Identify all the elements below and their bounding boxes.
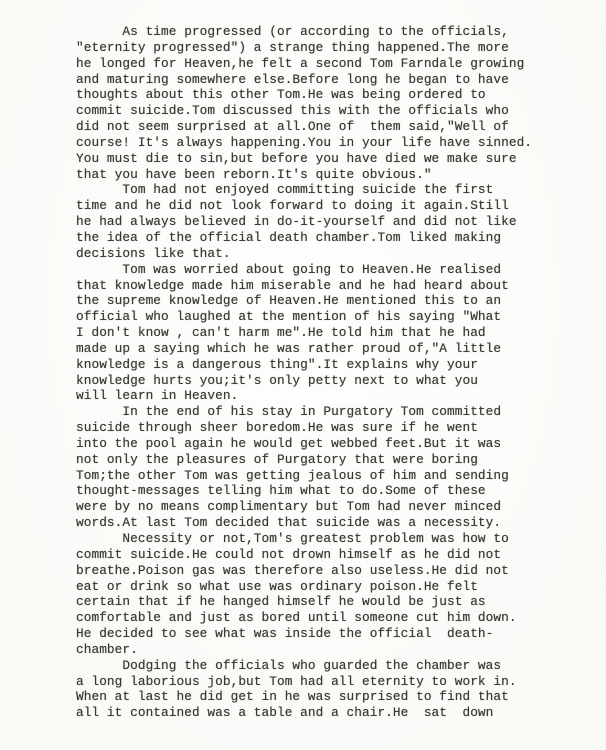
text-line: You must die to sin,but before you have … [76,151,546,167]
text-line: course! It's always happening.You in you… [76,135,546,151]
text-line: suicide through sheer boredom.He was sur… [76,420,546,436]
text-line: He decided to see what was inside the of… [76,626,546,642]
text-line: chamber. [76,642,546,658]
text-line: the supreme knowledge of Heaven.He menti… [76,293,546,309]
text-line: were by no means complimentary but Tom h… [76,499,546,515]
text-line: and maturing somewhere else.Before long … [76,72,546,88]
text-line: a long laborious job,but Tom had all ete… [76,674,546,690]
text-line: "eternity progressed") a strange thing h… [76,40,546,56]
text-line: As time progressed (or according to the … [76,24,546,40]
text-line: official who laughed at the mention of h… [76,309,546,325]
text-line: time and he did not look forward to doin… [76,198,546,214]
text-line: he longed for Heaven,he felt a second To… [76,56,546,72]
text-line: commit suicide.Tom discussed this with t… [76,103,546,119]
text-line: knowledge hurts you;it's only petty next… [76,373,546,389]
text-line: When at last he did get in he was surpri… [76,689,546,705]
text-line: breathe.Poison gas was therefore also us… [76,563,546,579]
document-page: As time progressed (or according to the … [0,0,606,750]
text-line: all it contained was a table and a chair… [76,705,546,721]
typewritten-text-block: As time progressed (or according to the … [76,24,546,721]
text-line: Tom;the other Tom was getting jealous of… [76,468,546,484]
text-line: commit suicide.He could not drown himsel… [76,547,546,563]
text-line: the idea of the official death chamber.T… [76,230,546,246]
text-line: Tom was worried about going to Heaven.He… [76,262,546,278]
text-line: that knowledge made him miserable and he… [76,278,546,294]
text-line: thoughts about this other Tom.He was bei… [76,87,546,103]
text-line: into the pool again he would get webbed … [76,436,546,452]
text-line: certain that if he hanged himself he wou… [76,594,546,610]
text-line: Dodging the officials who guarded the ch… [76,658,546,674]
text-line: eat or drink so what use was ordinary po… [76,579,546,595]
text-line: comfortable and just as bored until some… [76,610,546,626]
text-line: will learn in Heaven. [76,388,546,404]
text-line: that you have been reborn.It's quite obv… [76,167,546,183]
text-line: he had always believed in do-it-yourself… [76,214,546,230]
text-line: not only the pleasures of Purgatory that… [76,452,546,468]
text-line: made up a saying which he was rather pro… [76,341,546,357]
text-line: knowledge is a dangerous thing".It expla… [76,357,546,373]
text-line: thought-messages telling him what to do.… [76,483,546,499]
text-line: Tom had not enjoyed committing suicide t… [76,182,546,198]
text-line: In the end of his stay in Purgatory Tom … [76,404,546,420]
text-line: did not seem surprised at all.One of the… [76,119,546,135]
text-line: decisions like that. [76,246,546,262]
text-line: words.At last Tom decided that suicide w… [76,515,546,531]
text-line: Necessity or not,Tom's greatest problem … [76,531,546,547]
text-line: I don't know , can't harm me".He told hi… [76,325,546,341]
